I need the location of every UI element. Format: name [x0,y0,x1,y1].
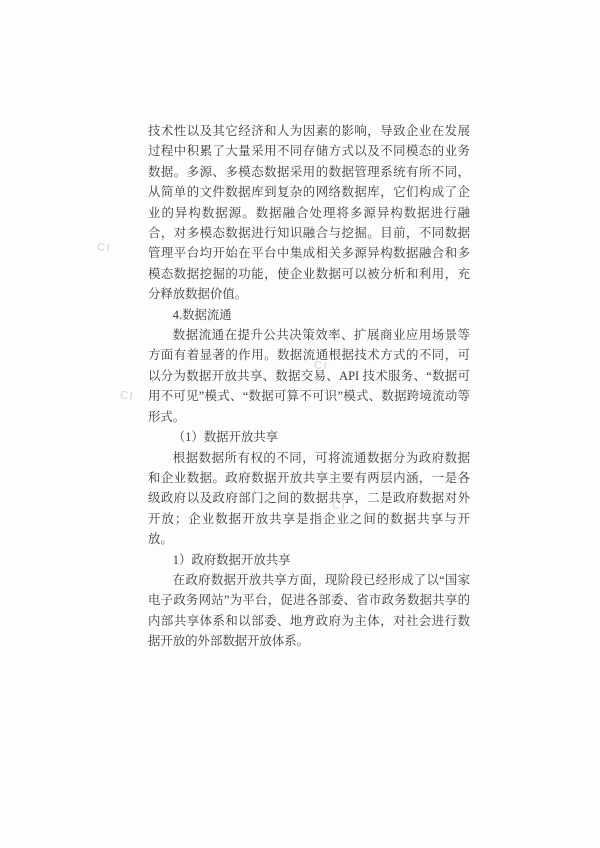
subsection-heading-open-sharing: （1）数据开放共享 [148,427,470,447]
watermark-stamp: CI [96,241,112,255]
paragraph-open-sharing: 根据数据所有权的不同，可将流通数据分为政府数据和企业数据。政府数据开放共享主要有… [148,448,470,550]
section-heading-data-circulation: 4.数据流通 [148,305,470,325]
watermark-stamp: CI [119,389,135,403]
subsection-heading-gov-open-sharing: 1）政府数据开放共享 [148,550,470,570]
document-page: CI CI CI CI 技术性以及其它经济和人为因素的影响，导致企业在发展过程中… [0,0,600,848]
paragraph-continuation: 技术性以及其它经济和人为因素的影响，导致企业在发展过程中积累了大量采用不同存储方… [148,121,470,305]
paragraph-data-circulation: 数据流通在提升公共决策效率、扩展商业应用场景等方面有着显著的作用。数据流通根据技… [148,325,470,427]
page-number: 19 [148,613,470,623]
paragraph-gov-open-sharing: 在政府数据开放共享方面，现阶段已经形成了以“国家电子政务网站”为平台，促进各部委… [148,570,470,652]
body-text: 技术性以及其它经济和人为因素的影响，导致企业在发展过程中积累了大量采用不同存储方… [148,121,470,652]
